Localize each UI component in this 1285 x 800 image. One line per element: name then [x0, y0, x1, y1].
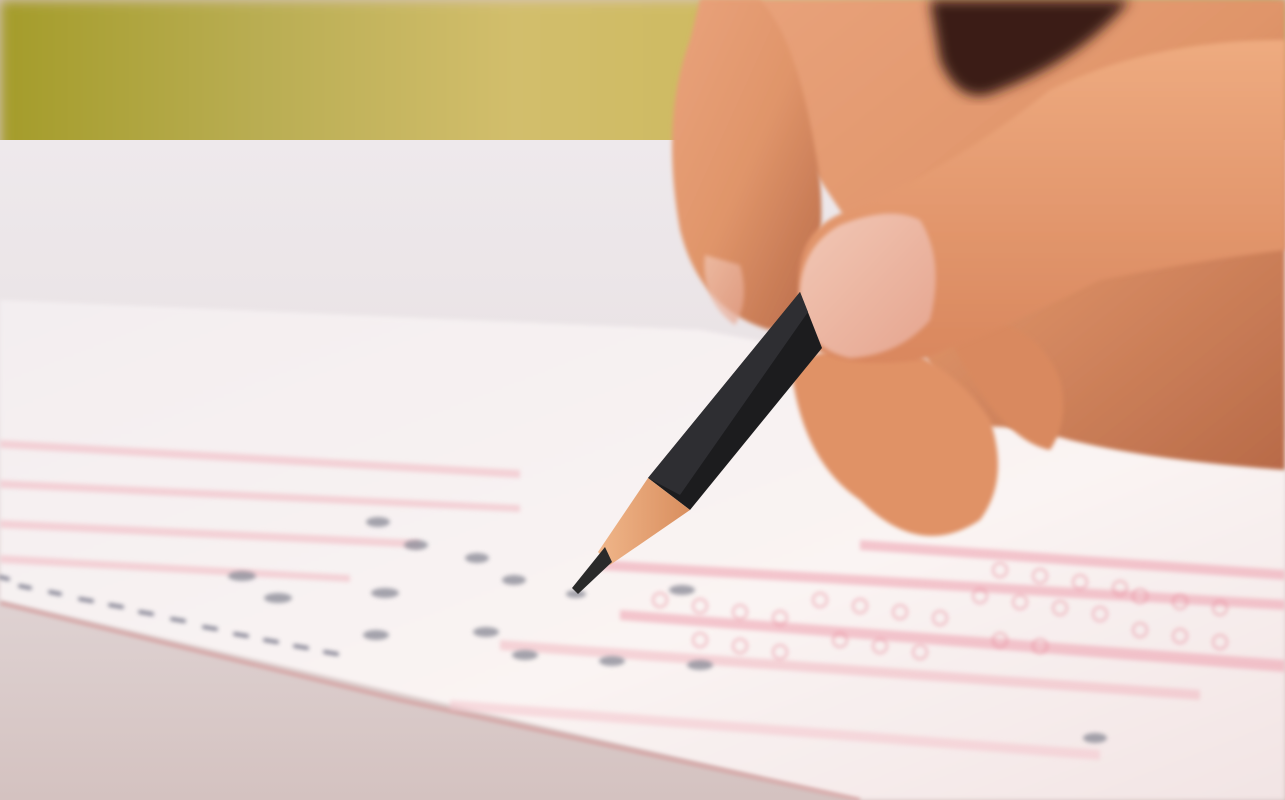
scene-illustration	[0, 0, 1285, 800]
photo-scene	[0, 0, 1285, 800]
